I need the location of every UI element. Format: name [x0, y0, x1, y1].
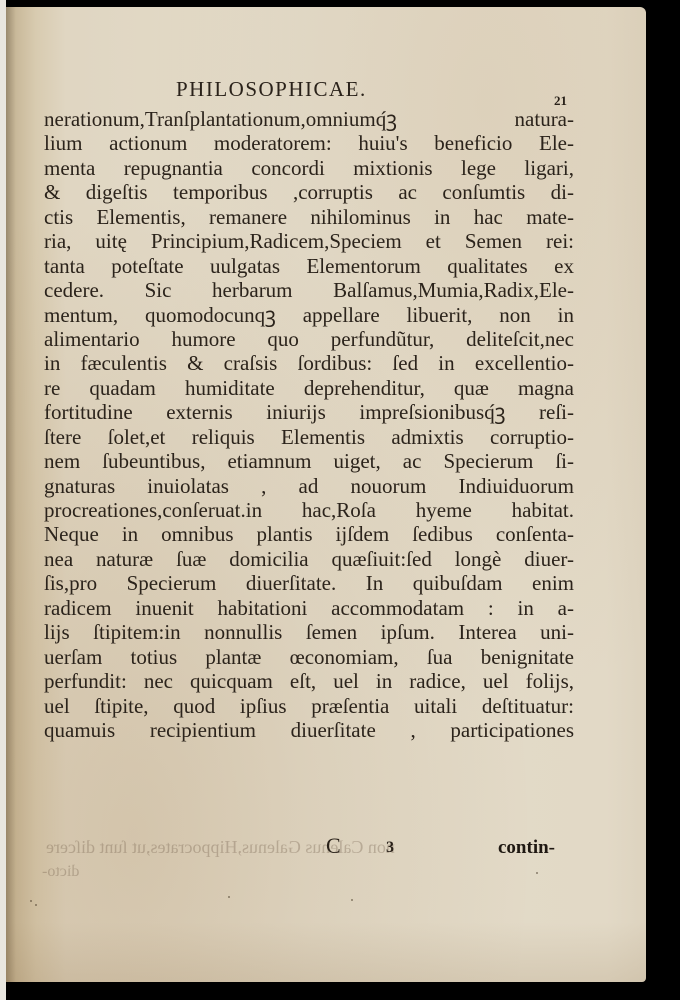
text-line: re quadam humiditate deprehenditur, quæ … [44, 376, 574, 400]
text-line: mentum, quomodocunqꝫ appellare libuerit,… [44, 303, 574, 327]
text-line: procreationes,conſeruat.in hac,Roſa hyem… [44, 498, 574, 522]
text-line: fortitudine externis iniurijs impreſsion… [44, 400, 574, 424]
bleed-through-text: dicto- [42, 863, 79, 881]
text-line: ſis,pro Specierum diuerſitate. In quibuſ… [44, 571, 574, 595]
book-page: non Calenus Galenus,Hippocrates,ut ſunt … [6, 7, 646, 982]
text-line: uel ſtipite, quod ipſius præſentia uital… [44, 694, 574, 718]
paper-speck [30, 900, 32, 902]
text-line: quamuis recipientium diuerſitate , parti… [44, 718, 574, 742]
catchword: contin- [498, 837, 555, 859]
body-text: nerationum,Tranſplantationum,omniumq́ꝫ n… [44, 107, 574, 742]
text-line: Neque in omnibus plantis ijſdem ſedibus … [44, 522, 574, 546]
text-line: menta repugnantia concordi mixtionis leg… [44, 156, 574, 180]
running-head: PHILOSOPHICAE. 21 [6, 77, 646, 107]
text-line: cedere. Sic herbarum Balſamus,Mumia,Radi… [44, 278, 574, 302]
running-head-title: PHILOSOPHICAE. [176, 77, 367, 102]
scan-frame: non Calenus Galenus,Hippocrates,ut ſunt … [0, 0, 680, 1000]
page-footer: C 3 contin- [6, 833, 646, 863]
text-line: ctis Elementis, remanere nihilominus in … [44, 205, 574, 229]
text-line: alimentario humore quo perfundũtur, deli… [44, 327, 574, 351]
paper-speck [35, 904, 37, 906]
text-line: ria, uitę Principium,Radicem,Speciem et … [44, 229, 574, 253]
text-line: & digeſtis temporibus ,corruptis ac conſ… [44, 180, 574, 204]
paper-speck [351, 899, 353, 901]
text-line: perfundit: nec quicquam eſt, uel in radi… [44, 669, 574, 693]
text-line: gnaturas inuiolatas , ad nouorum Indiuid… [44, 474, 574, 498]
text-line: nea naturæ ſuæ domicilia quæſiuit:ſed lo… [44, 547, 574, 571]
text-line: nerationum,Tranſplantationum,omniumq́ꝫ n… [44, 107, 574, 131]
paper-speck [536, 872, 538, 874]
text-line: ſtere ſolet,et reliquis Elementis admixt… [44, 425, 574, 449]
text-line: uerſam totius plantæ œconomiam, ſua beni… [44, 645, 574, 669]
text-line: in fæculentis & craſsis ſordibus: ſed in… [44, 351, 574, 375]
text-line: tanta poteſtate uulgatas Elementorum qua… [44, 254, 574, 278]
text-line: lijs ſtipitem:in nonnullis ſemen ipſum. … [44, 620, 574, 644]
signature-number: 3 [386, 839, 394, 857]
text-line: nem ſubeuntibus, etiamnum uiget, ac Spec… [44, 449, 574, 473]
signature-mark: C [326, 833, 341, 859]
text-line: radicem inuenit habitationi accommodatam… [44, 596, 574, 620]
paper-speck [228, 896, 230, 898]
text-line: lium actionum moderatorem: huiu's benefi… [44, 131, 574, 155]
